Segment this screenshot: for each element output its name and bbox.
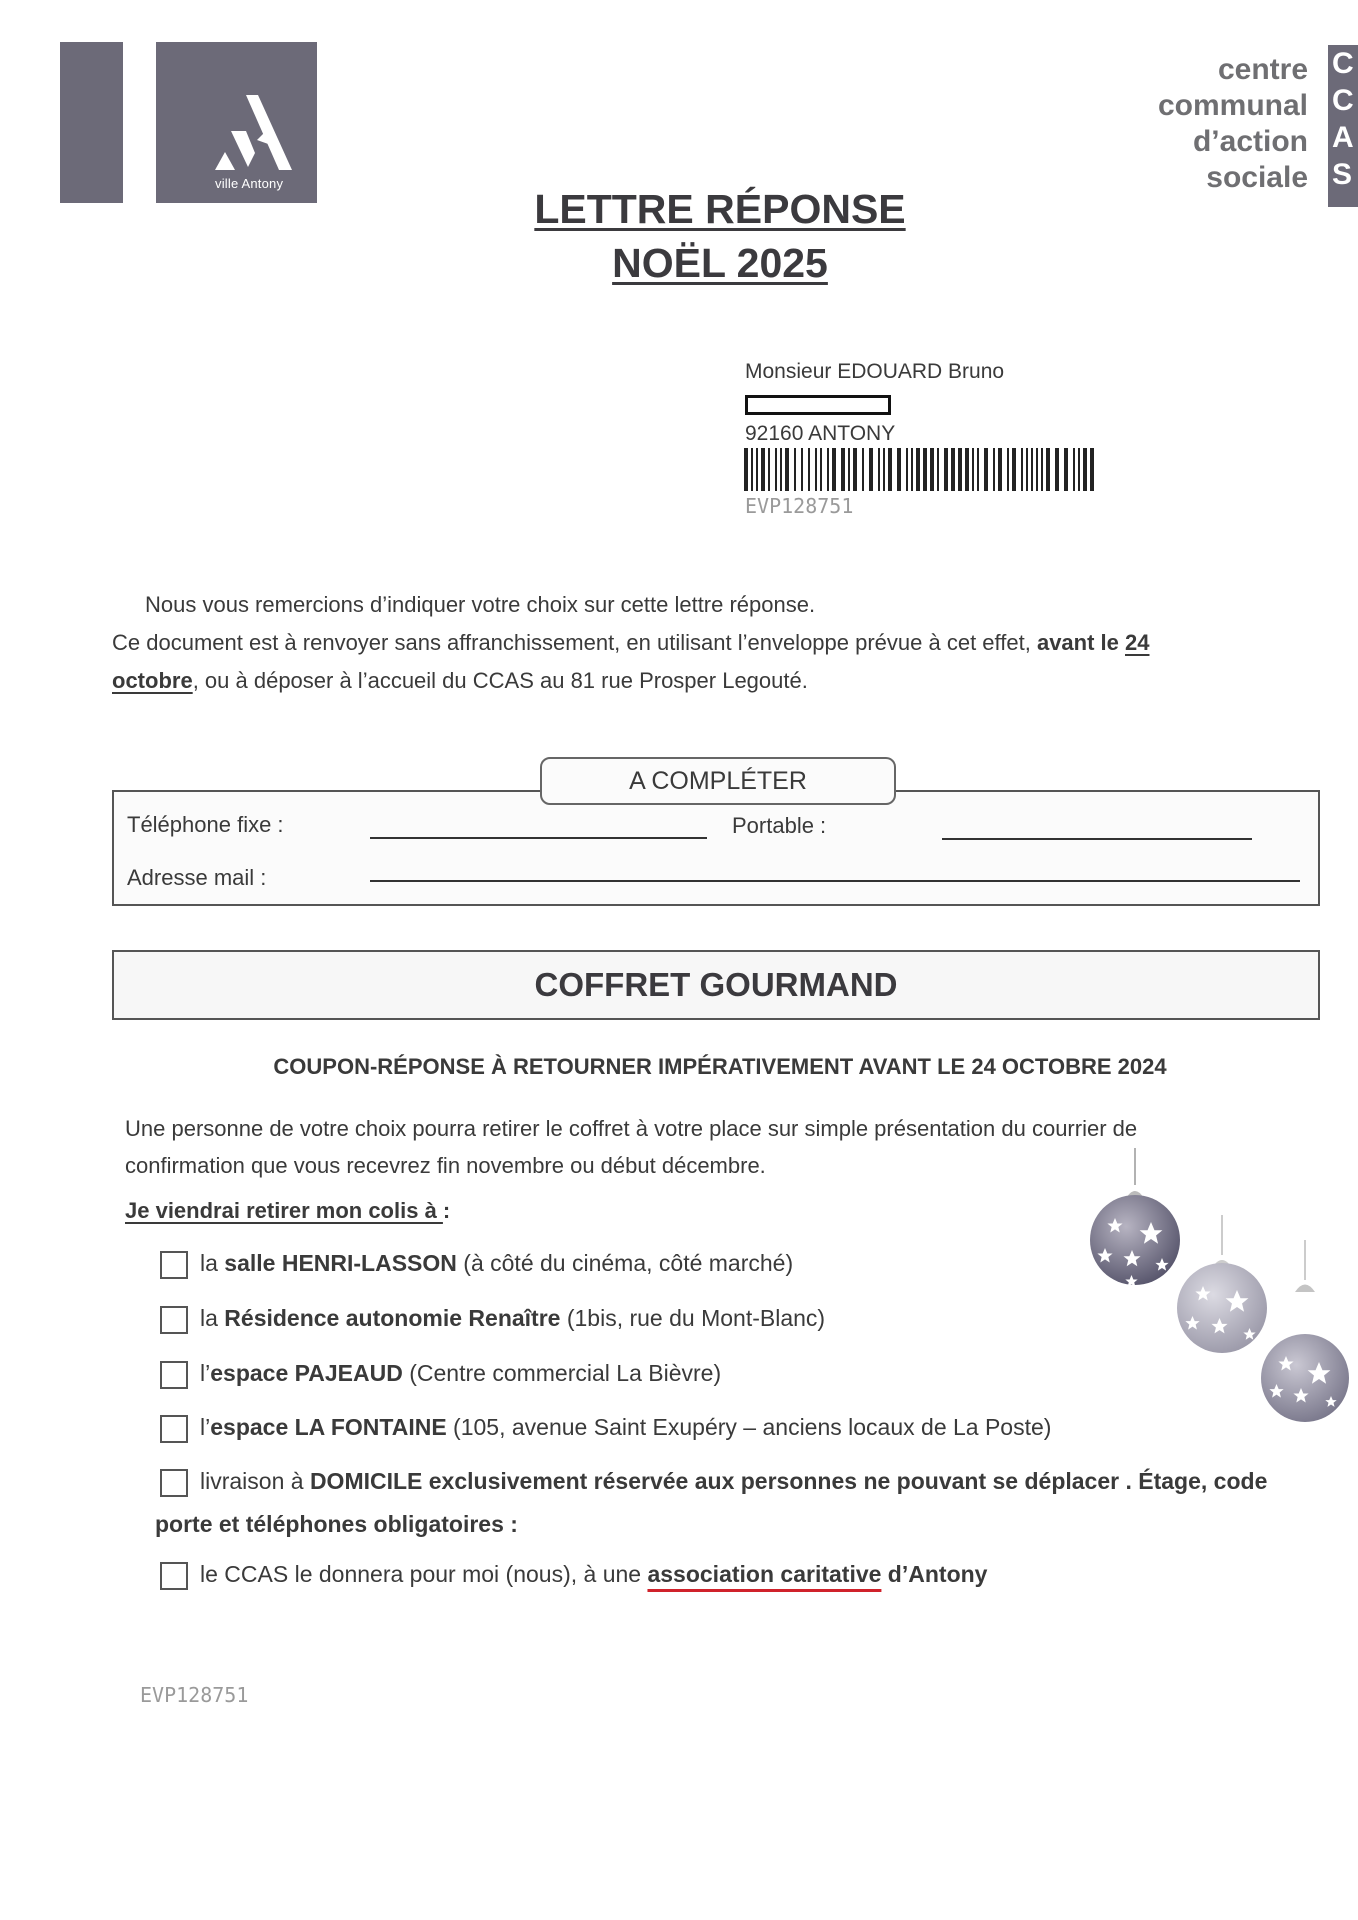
- recipient-name: Monsieur EDOUARD Bruno: [745, 360, 1004, 384]
- checkbox[interactable]: [160, 1415, 188, 1443]
- recipient-city: 92160 ANTONY: [745, 422, 895, 446]
- footer-reference: EVP128751: [140, 1683, 248, 1707]
- ccas-letter: C: [1328, 82, 1358, 119]
- contact-form-box: [112, 790, 1320, 906]
- recipient-reference: EVP128751: [745, 494, 853, 518]
- intro-line: octobre, ou à déposer à l’accueil du CCA…: [112, 662, 1322, 700]
- ccas-logo-strip: C C A S: [1328, 45, 1358, 207]
- ville-antony-logo: ville Antony: [156, 42, 317, 203]
- intro-text-span: , ou à déposer à l’accueil du CCAS au 81…: [193, 668, 808, 693]
- email-label: Adresse mail :: [127, 865, 266, 891]
- pickup-heading-colon: :: [443, 1198, 450, 1223]
- redacted-street: [745, 395, 891, 415]
- checkbox[interactable]: [160, 1562, 188, 1590]
- ccas-line: communal: [1108, 88, 1308, 124]
- intro-line: Nous vous remercions d’indiquer votre ch…: [112, 586, 1322, 624]
- deadline-month: octobre: [112, 668, 193, 693]
- option-label: le CCAS le donnera pour moi (nous), à un…: [200, 1561, 987, 1588]
- option-association-caritative[interactable]: le CCAS le donnera pour moi (nous), à un…: [160, 1561, 987, 1590]
- pickup-heading-label: Je viendrai retirer mon colis à: [125, 1198, 443, 1223]
- deadline-text: avant le: [1037, 630, 1125, 655]
- ccas-line: centre: [1108, 52, 1308, 88]
- form-tab-label: A COMPLÉTER: [540, 757, 896, 805]
- option-label: l’espace LA FONTAINE (105, avenue Saint …: [200, 1414, 1051, 1441]
- mobile-label: Portable :: [732, 813, 826, 839]
- barcode: [744, 448, 1099, 491]
- pickup-heading: Je viendrai retirer mon colis à :: [125, 1198, 450, 1224]
- checkbox[interactable]: [160, 1251, 188, 1279]
- coupon-deadline: COUPON-RÉPONSE À RETOURNER IMPÉRATIVEMEN…: [0, 1054, 1358, 1080]
- page-subtitle: NOËL 2025: [0, 240, 1358, 287]
- deadline-day: 24: [1125, 630, 1149, 655]
- option-residence-renaitre[interactable]: la Résidence autonomie Renaître (1bis, r…: [160, 1305, 825, 1334]
- mobile-field[interactable]: [942, 838, 1252, 840]
- option-livraison-domicile[interactable]: livraison à DOMICILE exclusivement réser…: [160, 1468, 1267, 1497]
- option-label: la Résidence autonomie Renaître (1bis, r…: [200, 1305, 825, 1332]
- section-title: COFFRET GOURMAND: [112, 950, 1320, 1020]
- phone-field[interactable]: [370, 837, 707, 839]
- ccas-letter: A: [1328, 119, 1358, 156]
- logo-side-bar: [60, 42, 123, 203]
- ccas-letter: C: [1328, 45, 1358, 82]
- phone-label: Téléphone fixe :: [127, 812, 284, 838]
- option-espace-pajeaud[interactable]: l’espace PAJEAUD (Centre commercial La B…: [160, 1360, 721, 1389]
- intro-text-span: Ce document est à renvoyer sans affranch…: [112, 630, 1037, 655]
- page-title: LETTRE RÉPONSE: [0, 186, 1358, 233]
- christmas-baubles-icon: [1085, 1140, 1358, 1430]
- option-henri-lasson[interactable]: la salle HENRI-LASSON (à côté du cinéma,…: [160, 1250, 793, 1279]
- option-label: l’espace PAJEAUD (Centre commercial La B…: [200, 1360, 721, 1387]
- antony-a-icon: [215, 95, 295, 175]
- ccas-line: d’action: [1108, 124, 1308, 160]
- intro-line: Ce document est à renvoyer sans affranch…: [112, 624, 1322, 662]
- checkbox[interactable]: [160, 1361, 188, 1389]
- option-label: la salle HENRI-LASSON (à côté du cinéma,…: [200, 1250, 793, 1277]
- option-label: livraison à DOMICILE exclusivement réser…: [200, 1468, 1267, 1495]
- intro-text: Nous vous remercions d’indiquer votre ch…: [112, 586, 1322, 700]
- checkbox[interactable]: [160, 1469, 188, 1497]
- ccas-logo-text: centre communal d’action sociale: [1108, 52, 1308, 196]
- option-espace-la-fontaine[interactable]: l’espace LA FONTAINE (105, avenue Saint …: [160, 1414, 1051, 1443]
- checkbox[interactable]: [160, 1306, 188, 1334]
- email-field[interactable]: [370, 880, 1300, 882]
- option-livraison-line2: porte et téléphones obligatoires :: [155, 1511, 518, 1538]
